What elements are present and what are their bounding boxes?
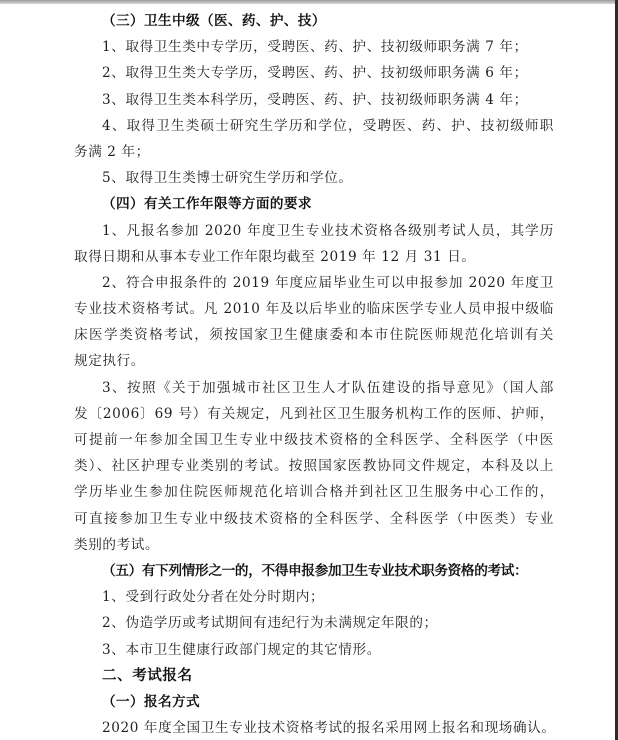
- paragraph-line: 发〔2006〕69 号）有关规定，凡到社区卫生服务机构工作的医师、护师，: [74, 401, 554, 427]
- paragraph-line: 2、符合申报条件的 2019 年度应届毕业生可以申报参加 2020 年度卫生: [74, 270, 554, 296]
- section-heading-5: （五）有下列情形之一的，不得申报参加卫生专业技术职务资格的考试：: [74, 558, 554, 584]
- paragraph-line: 专业技术资格考试。凡 2010 年及以后毕业的临床医学专业人员申报中级临: [74, 296, 554, 322]
- paragraph-line: 规定执行。: [74, 348, 554, 374]
- document-page: （三）卫生中级（医、药、护、技） 1、取得卫生类中专学历，受聘医、药、护、技初级…: [74, 8, 554, 740]
- paragraph-line: 类别的考试。: [74, 532, 554, 558]
- list-item: 3、取得卫生类本科学历，受聘医、药、护、技初级师职务满 4 年；: [74, 87, 554, 113]
- viewer-top-border: [0, 0, 618, 4]
- paragraph-line: 3、按照《关于加强城市社区卫生人才队伍建设的指导意见》（国人部: [74, 375, 554, 401]
- list-item: 1、取得卫生类中专学历，受聘医、药、护、技初级师职务满 7 年；: [74, 34, 554, 60]
- paragraph-line: 1、凡报名参加 2020 年度卫生专业技术资格各级别考试人员，其学历: [74, 218, 554, 244]
- list-item: 4、取得卫生类硕士研究生学历和学位，受聘医、药、护、技初级师职: [74, 113, 554, 139]
- list-item: 2、取得卫生类大专学历，受聘医、药、护、技初级师职务满 6 年；: [74, 60, 554, 86]
- list-item: 5、取得卫生类博士研究生学历和学位。: [74, 165, 554, 191]
- section-heading-4: （四）有关工作年限等方面的要求: [74, 191, 554, 217]
- paragraph-line: 可直接参加卫生专业中级技术资格的全科医学、全科医学（中医类）专业: [74, 506, 554, 532]
- paragraph-line: 类）、社区护理专业类别的考试。按照国家医教协同文件规定，本科及以上: [74, 453, 554, 479]
- paragraph-line: 床医学类资格考试，须按国家卫生健康委和本市住院医师规范化培训有关: [74, 322, 554, 348]
- list-item: 3、本市卫生健康行政部门规定的其它情形。: [74, 637, 554, 663]
- section-heading: （一）报名方式: [74, 689, 554, 715]
- paragraph-line: 取得日期和从事本专业工作年限均截至 2019 年 12 月 31 日。: [74, 244, 554, 270]
- section-heading-3: （三）卫生中级（医、药、护、技）: [74, 8, 554, 34]
- part-heading: 二、考试报名: [74, 663, 554, 689]
- list-item: 1、受到行政处分者在处分时期内；: [74, 584, 554, 610]
- paragraph-line: 2020 年度全国卫生专业技术资格考试的报名采用网上报名和现场确认。: [74, 715, 554, 740]
- list-item-continuation: 务满 2 年；: [74, 139, 554, 165]
- paragraph-line: 学历毕业生参加住院医师规范化培训合格并到社区卫生服务中心工作的，: [74, 479, 554, 505]
- paragraph-line: 可提前一年参加全国卫生专业中级技术资格的全科医学、全科医学（中医: [74, 427, 554, 453]
- list-item: 2、伪造学历或考试期间有违纪行为未满规定年限的；: [74, 610, 554, 636]
